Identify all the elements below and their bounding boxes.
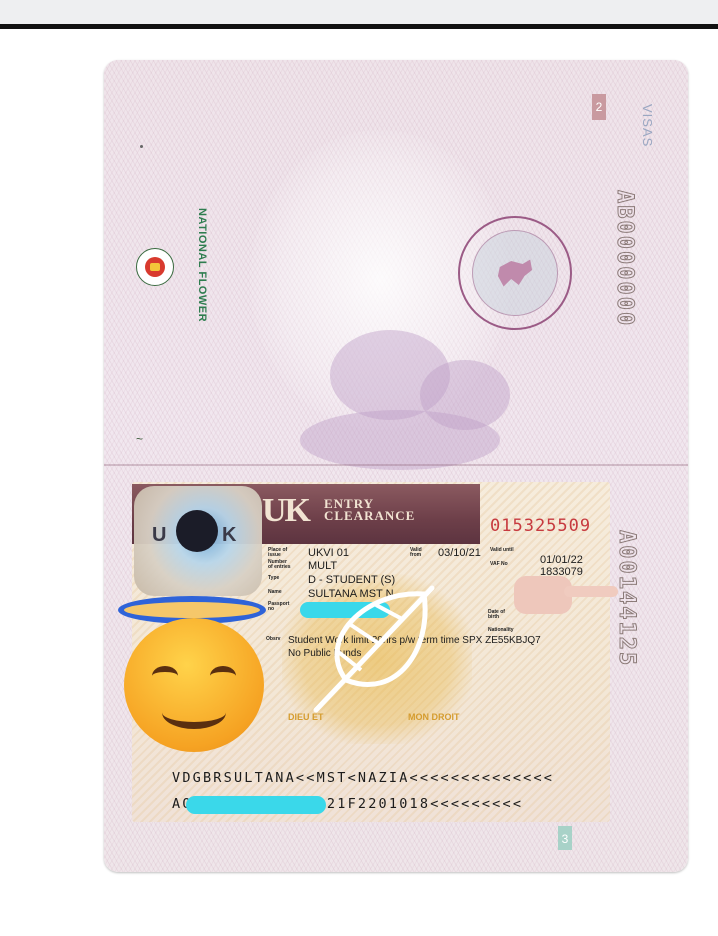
visa-number: 015325509 xyxy=(490,516,591,536)
valid-until: 01/01/22 xyxy=(540,554,583,566)
government-seal-stamp xyxy=(458,216,572,330)
title-line-2: CLEARANCE xyxy=(324,510,415,522)
number-of-entries: MULT xyxy=(308,560,337,572)
label-valid-from: Valid from xyxy=(410,548,434,558)
smiling-face-with-halo-icon xyxy=(114,596,274,756)
label-nationality: Nationality xyxy=(488,628,512,633)
place-of-issue: UKVI 01 xyxy=(308,547,349,559)
page-fold xyxy=(104,464,688,466)
page-number-bottom: 3 xyxy=(558,826,572,850)
label-vaf-no: VAF No xyxy=(490,562,514,567)
label-type: Type xyxy=(268,576,292,581)
leaf-scribble-icon xyxy=(306,580,442,716)
top-bar xyxy=(0,0,718,24)
emoji-face xyxy=(124,618,264,752)
uk-logo: UK xyxy=(262,492,309,530)
emoji-eye xyxy=(152,666,178,686)
label-valid-until: Valid until xyxy=(490,548,514,553)
hologram-k: K xyxy=(222,524,236,547)
visas-label: VISAS xyxy=(640,104,655,147)
emoji-mouth xyxy=(162,696,226,729)
dust-speck xyxy=(140,145,143,148)
emoji-eye xyxy=(210,666,236,686)
page-number-top: 2 xyxy=(592,94,606,120)
margin-mark: ~ xyxy=(136,432,143,446)
hologram-u: U xyxy=(152,524,166,547)
label-name: Name xyxy=(268,590,292,595)
bangladesh-map-icon xyxy=(496,258,534,288)
pointing-hand-icon xyxy=(514,576,618,614)
entry-clearance-title: ENTRY CLEARANCE xyxy=(324,498,415,522)
crown-icon xyxy=(176,510,218,552)
valid-from: 03/10/21 xyxy=(438,547,481,559)
bangladesh-emblem-icon xyxy=(136,248,174,286)
national-flower-label: NATIONAL FLOWER xyxy=(196,208,208,322)
perforated-number-top: AB0000000 xyxy=(612,190,637,327)
flower-petal xyxy=(300,410,500,470)
label-date-of-birth: Date of birth xyxy=(488,610,512,620)
redaction-mrz xyxy=(186,796,326,814)
mrz-line-1: VDGBRSULTANA<<MST<NAZIA<<<<<<<<<<<<<< xyxy=(172,770,554,786)
top-border xyxy=(0,24,718,29)
label-number-of-entries: Number of entries xyxy=(268,560,292,570)
label-place-of-issue: Place of issue xyxy=(268,548,292,558)
